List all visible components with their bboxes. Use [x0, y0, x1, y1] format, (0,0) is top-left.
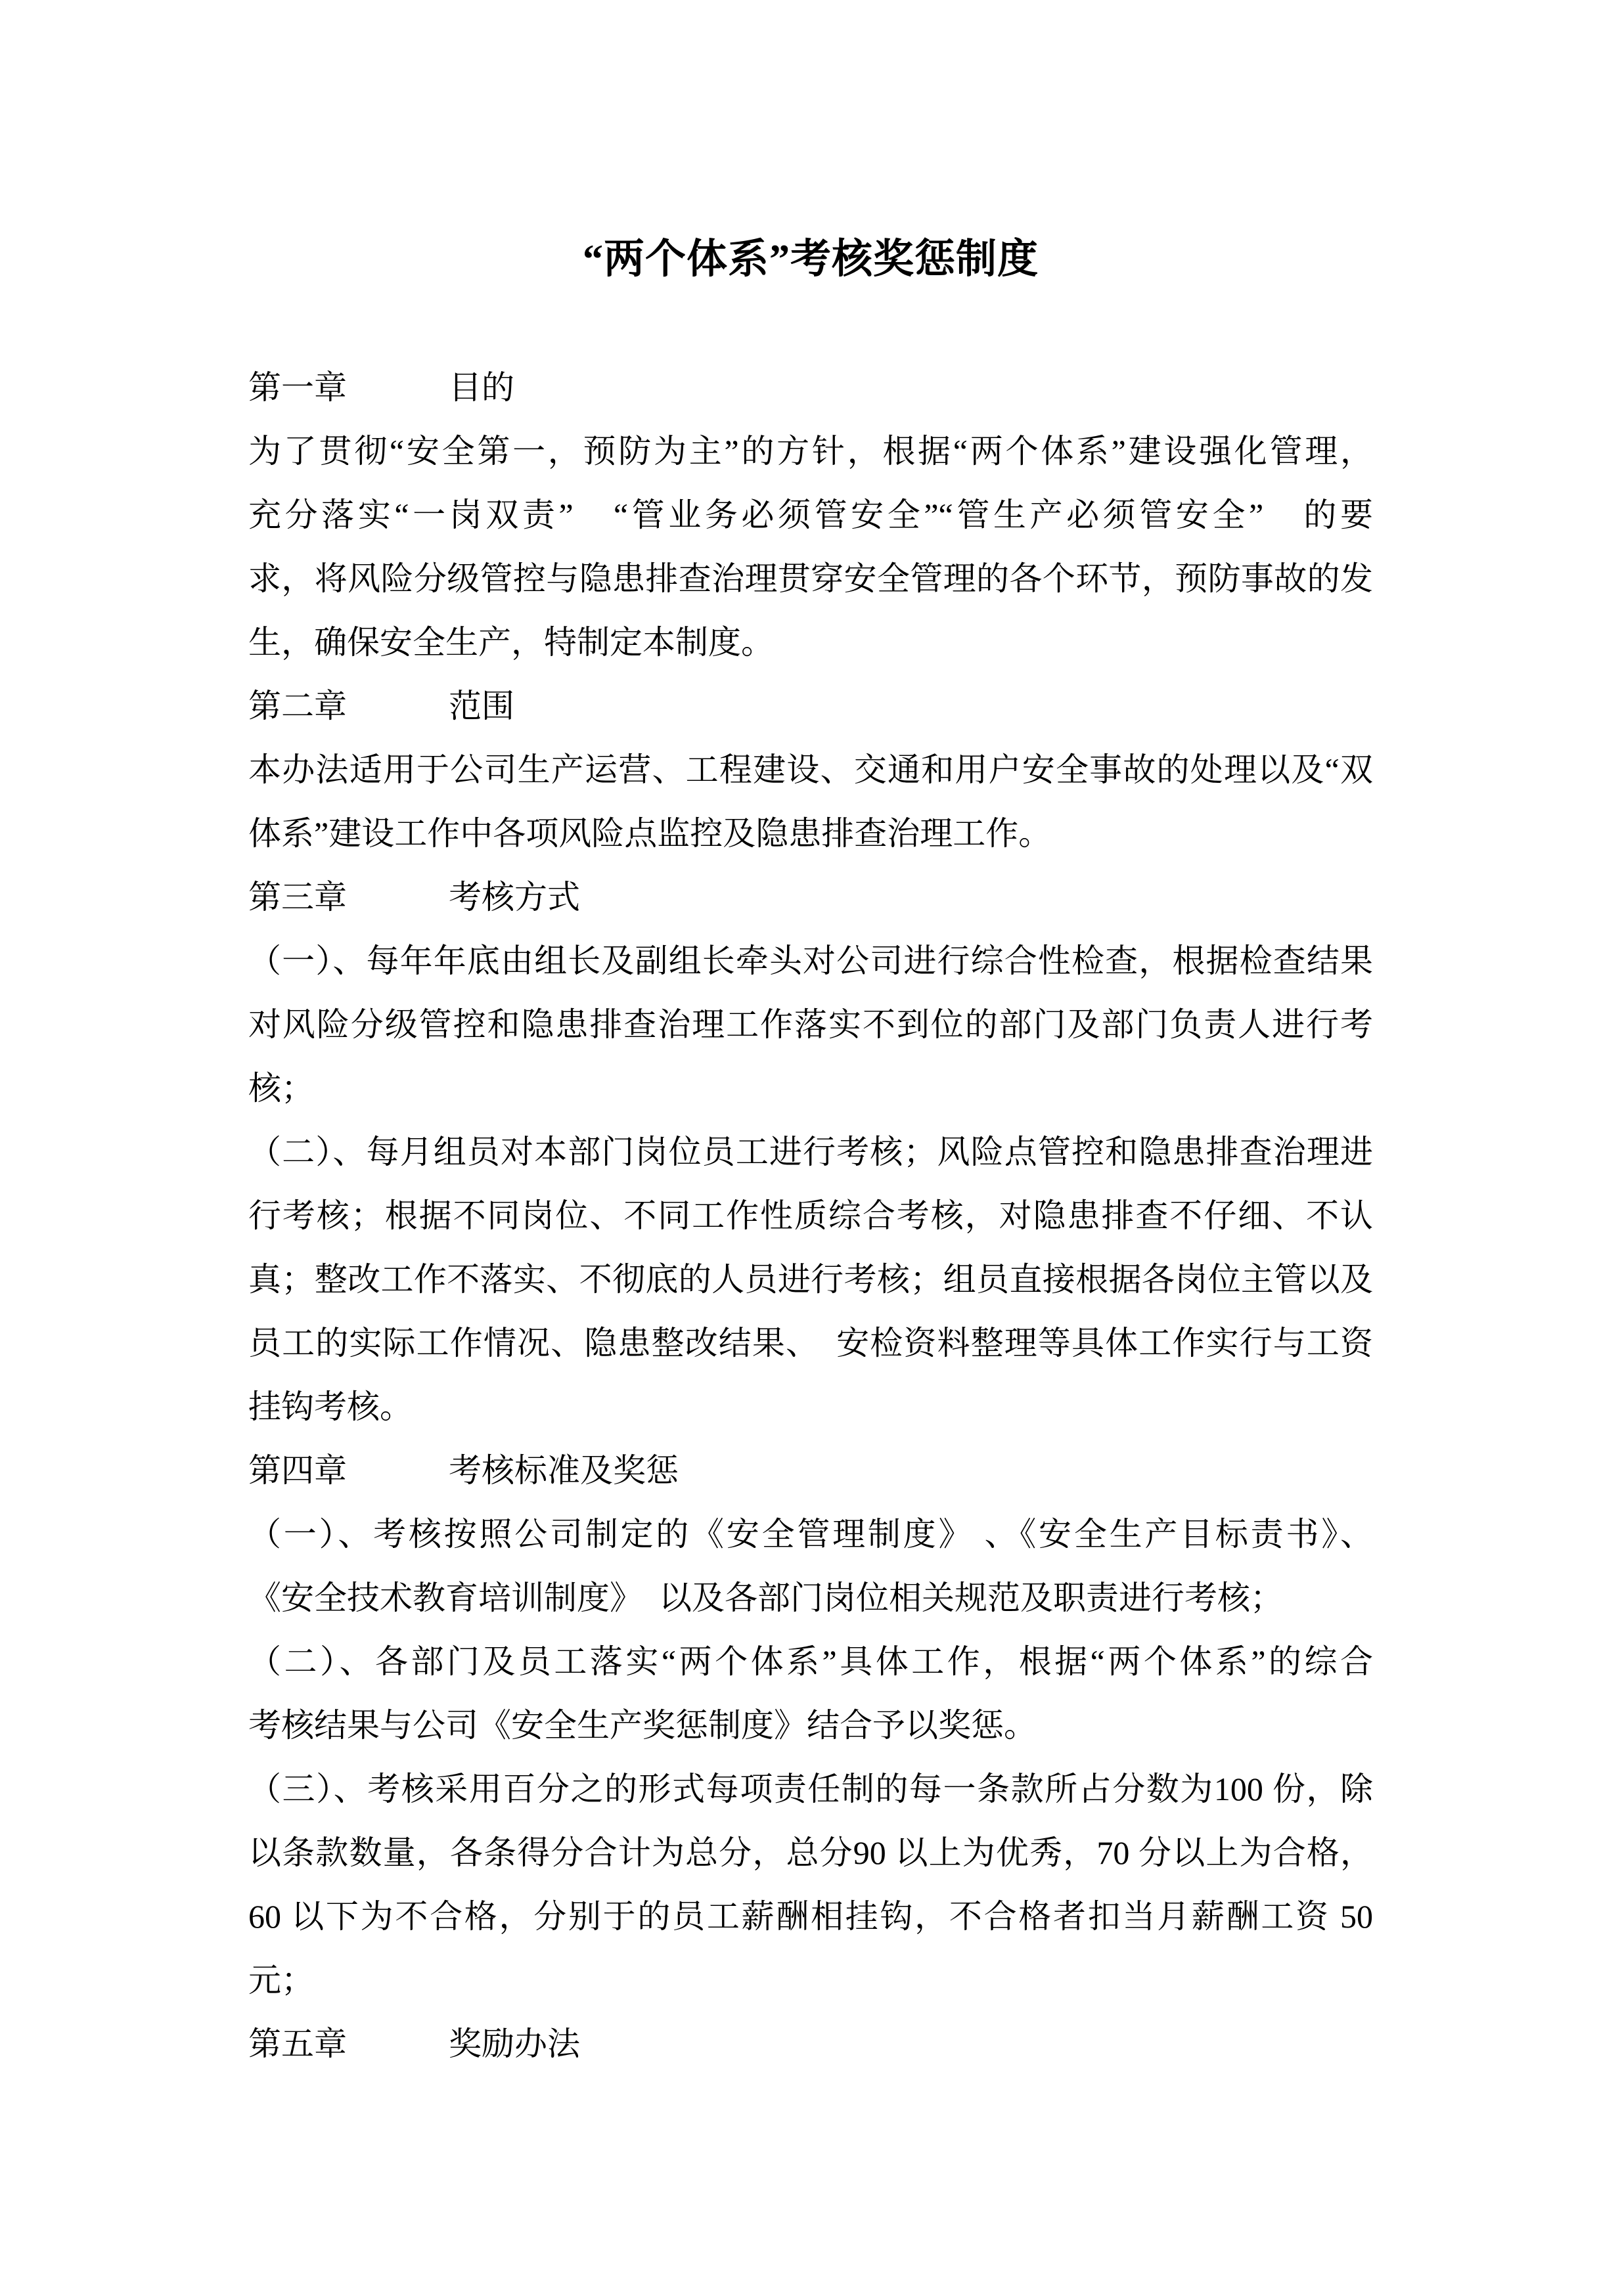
body-line: 充分落实“一岗双责” “管业务必须管安全”“管生产必须管安全” 的要 — [248, 483, 1373, 547]
body-line: （一）、考核按照公司制定的《安全管理制度》 、《安全生产目标责书》、 — [248, 1503, 1373, 1566]
body-line: 核； — [248, 1057, 1373, 1120]
chapter-number: 第三章 — [248, 866, 449, 929]
body-line: 考核结果与公司《安全生产奖惩制度》结合予以奖惩。 — [248, 1694, 1373, 1757]
body-line: 为了贯彻“安全第一，预防为主”的方针，根据“两个体系”建设强化管理， — [248, 420, 1373, 483]
chapter-heading: 第二章范围 — [248, 674, 1373, 738]
chapter-title: 范围 — [449, 688, 514, 724]
body-line: 60 以下为不合格，分别于的员工薪酬相挂钩，不合格者扣当月薪酬工资 50 — [248, 1885, 1373, 1949]
body-line: 以条款数量，各条得分合计为总分，总分90 以上为优秀，70 分以上为合格， — [248, 1821, 1373, 1885]
chapter-heading: 第五章奖励办法 — [248, 2012, 1373, 2076]
chapter-title: 考核方式 — [449, 879, 580, 916]
body-line: 行考核；根据不同岗位、不同工作性质综合考核，对隐患排查不仔细、不认 — [248, 1184, 1373, 1248]
body-line: 元； — [248, 1949, 1373, 2012]
chapter-title: 目的 — [449, 369, 514, 406]
chapter-number: 第二章 — [248, 674, 449, 738]
body-line: 本办法适用于公司生产运营、工程建设、交通和用户安全事故的处理以及“双 — [248, 738, 1373, 802]
body-line: 《安全技术教育培训制度》 以及各部门岗位相关规范及职责进行考核； — [248, 1566, 1373, 1630]
document-page: “两个体系”考核奖惩制度 第一章目的为了贯彻“安全第一，预防为主”的方针，根据“… — [0, 0, 1622, 2296]
body-line: 生，确保安全生产，特制定本制度。 — [248, 611, 1373, 674]
chapter-number: 第一章 — [248, 356, 449, 420]
body-line: 对风险分级管控和隐患排查治理工作落实不到位的部门及部门负责人进行考 — [248, 993, 1373, 1057]
body-line: （一）、每年年底由组长及副组长牵头对公司进行综合性检查，根据检查结果 — [248, 929, 1373, 993]
body-line: 体系”建设工作中各项风险点监控及隐患排查治理工作。 — [248, 802, 1373, 866]
chapter-title: 考核标准及奖惩 — [449, 1452, 679, 1489]
chapter-heading: 第一章目的 — [248, 356, 1373, 420]
body-line: （二）、各部门及员工落实“两个体系”具体工作，根据“两个体系”的综合 — [248, 1630, 1373, 1694]
chapter-number: 第四章 — [248, 1439, 449, 1503]
chapter-number: 第五章 — [248, 2012, 449, 2076]
chapter-title: 奖励办法 — [449, 2025, 580, 2062]
body-line: 真；整改工作不落实、不彻底的人员进行考核；组员直接根据各岗位主管以及 — [248, 1248, 1373, 1312]
chapter-heading: 第三章考核方式 — [248, 866, 1373, 929]
document-body: 第一章目的为了贯彻“安全第一，预防为主”的方针，根据“两个体系”建设强化管理，充… — [248, 356, 1373, 2076]
body-line: 求，将风险分级管控与隐患排查治理贯穿安全管理的各个环节，预防事故的发 — [248, 547, 1373, 611]
body-line: （三）、考核采用百分之的形式每项责任制的每一条款所占分数为100 份，除 — [248, 1757, 1373, 1821]
chapter-heading: 第四章考核标准及奖惩 — [248, 1439, 1373, 1503]
body-line: （二）、每月组员对本部门岗位员工进行考核；风险点管控和隐患排查治理进 — [248, 1120, 1373, 1184]
body-line: 挂钩考核。 — [248, 1375, 1373, 1439]
body-line: 员工的实际工作情况、隐患整改结果、 安检资料整理等具体工作实行与工资 — [248, 1312, 1373, 1375]
document-title: “两个体系”考核奖惩制度 — [248, 235, 1373, 284]
